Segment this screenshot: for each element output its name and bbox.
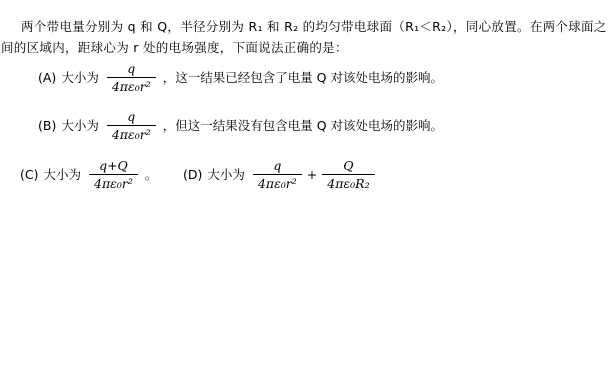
fraction-numerator: Q (322, 158, 374, 175)
option-d-prefix: 大小为 (207, 165, 245, 183)
option-a-fraction: q 4πε₀r² (107, 61, 156, 94)
option-c-label: (C) (20, 167, 38, 182)
option-b-suffix: ，但这一结果没有包含电量 Q 对该处电场的影响。 (163, 116, 443, 134)
fraction-numerator: q (253, 158, 302, 175)
option-c-fraction: q+Q 4πε₀r² (89, 158, 138, 191)
fraction-denominator: 4πε₀R₂ (322, 175, 374, 191)
option-d-label: (D) (183, 167, 202, 182)
option-a-prefix: 大小为 (61, 68, 99, 86)
option-d-fraction-1: q 4πε₀r² (253, 158, 302, 191)
option-a-label: (A) (38, 70, 56, 85)
problem-statement: 两个带电量分别为 q 和 Q，半径分别为 R₁ 和 R₂ 的均匀带电球面（R₁＜… (1, 16, 607, 58)
option-a: (A) 大小为 q 4πε₀r² ，这一结果已经包含了电量 Q 对该处电场的影响… (38, 57, 443, 97)
plus-operator: + (307, 167, 317, 182)
fraction-denominator: 4πε₀r² (253, 175, 302, 191)
fraction-numerator: q+Q (89, 158, 138, 175)
option-a-suffix: ，这一结果已经包含了电量 Q 对该处电场的影响。 (163, 68, 443, 86)
option-c-prefix: 大小为 (43, 165, 81, 183)
document-page: 两个带电量分别为 q 和 Q，半径分别为 R₁ 和 R₂ 的均匀带电球面（R₁＜… (0, 0, 608, 384)
option-c-suffix: 。 (145, 165, 158, 183)
fraction-denominator: 4πε₀r² (107, 78, 156, 94)
fraction-denominator: 4πε₀r² (89, 175, 138, 191)
option-c: (C) 大小为 q+Q 4πε₀r² 。 (20, 152, 157, 196)
option-d-fraction-2: Q 4πε₀R₂ (322, 158, 374, 191)
option-b: (B) 大小为 q 4πε₀r² ，但这一结果没有包含电量 Q 对该处电场的影响… (38, 105, 443, 145)
fraction-numerator: q (107, 109, 156, 126)
option-d: (D) 大小为 q 4πε₀r² + Q 4πε₀R₂ (183, 152, 378, 196)
fraction-denominator: 4πε₀r² (107, 126, 156, 142)
option-b-fraction: q 4πε₀r² (107, 109, 156, 142)
option-b-prefix: 大小为 (61, 116, 99, 134)
fraction-numerator: q (107, 61, 156, 78)
option-b-label: (B) (38, 118, 56, 133)
